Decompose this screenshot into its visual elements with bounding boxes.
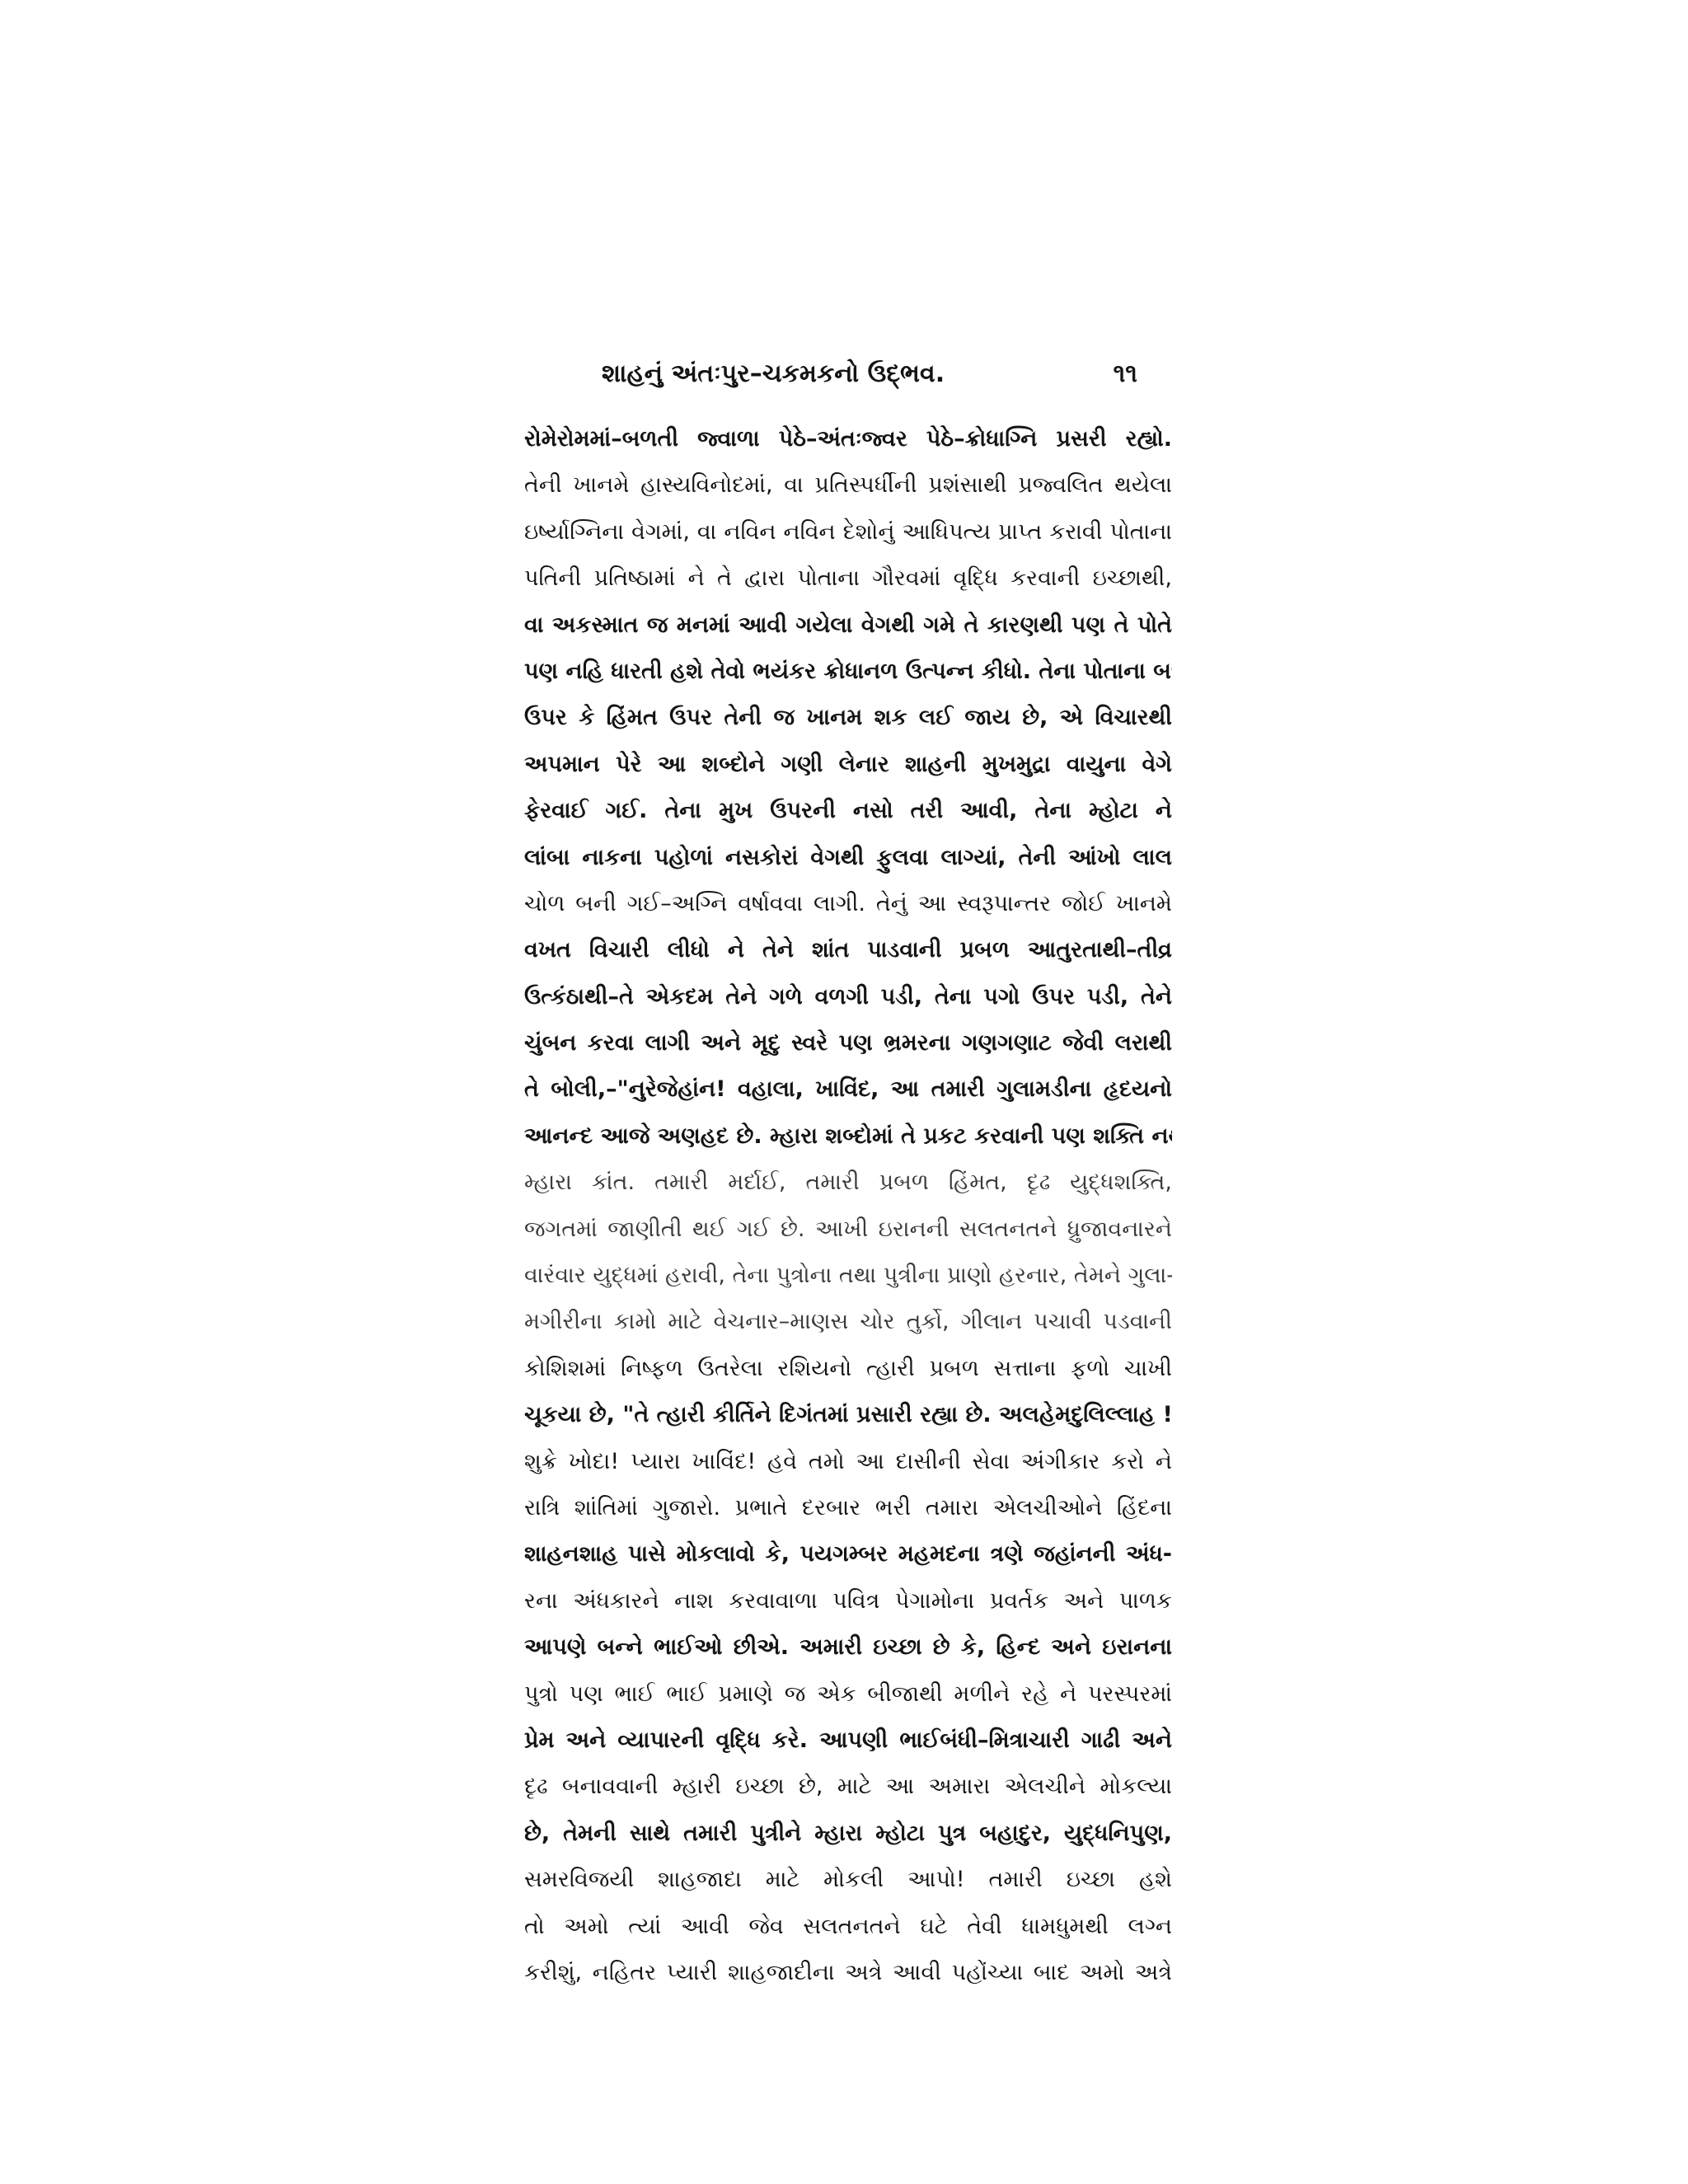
text-line: ચોળ બની ગઈ–અગ્નિ વર્ષાવવા લાગી. તેનું આ … [524, 881, 1172, 927]
text-line: તેની ખાનમે હાસ્યવિનોદમાં, વા પ્રતિસ્પર્ધ… [524, 462, 1172, 509]
running-header: શાહનું અંતઃપુર–ચકમકનો ઉદ્ભવ. ૧૧ [527, 354, 1137, 394]
text-line: રાત્રિ શાંતિમાં ગુજારો. પ્રભાતે દરબાર ભર… [524, 1485, 1172, 1531]
text-line: આનન્દ આજે અણહદ છે. મ્હારા શબ્દોમાં તે પ્… [524, 1113, 1172, 1160]
text-line: તે બોલી,–"નુરેજેહાંન! વહાલા, ખાવિંદ, આ ત… [524, 1066, 1172, 1113]
text-line: ચૂકયા છે, "તે ત્હારી કીર્તિને દિગંતમાં પ… [524, 1392, 1172, 1438]
text-line: જગતમાં જાણીતી થઈ ગઈ છે. આખી ઇરાનની સલતનત… [524, 1207, 1172, 1253]
text-line: મ્હારા કાંત. તમારી મર્દાઈ, તમારી પ્રબળ હ… [524, 1160, 1172, 1206]
text-line: ચુંબન કરવા લાગી અને મૃદુ સ્વરે પણ ભ્રમરન… [524, 1020, 1172, 1066]
text-line: પ્રેમ અને વ્યાપારની વૃદ્ધિ કરે. આપણી ભાઈ… [524, 1718, 1172, 1764]
text-line: વારંવાર યુદ્ધમાં હરાવી, તેના પુત્રોના તથ… [524, 1253, 1172, 1299]
text-line: લાંબા નાકના પહોળાં નસકોરાં વેગથી ફુલવા લ… [524, 835, 1172, 881]
text-line: કોશિશમાં નિષ્ફળ ઉતરેલા રશિયનો ત્હારી પ્ર… [524, 1346, 1172, 1392]
text-line: અપમાન પેરે આ શબ્દોને ગણી લેનાર શાહની મુખ… [524, 742, 1172, 788]
text-line: તો અમો ત્યાં આવી જેવ સલતનતને ઘટે તેવી ધા… [524, 1904, 1172, 1950]
body-paragraph: રોમેરોમમાં–બળતી જ્વાળા પેઠે–અંતઃજ્વર પેઠ… [524, 416, 1172, 1996]
text-line: દૃઢ બનાવવાની મ્હારી ઇચ્છા છે, માટે આ અમા… [524, 1764, 1172, 1810]
text-line: છે, તેમની સાથે તમારી પુત્રીને મ્હારા મ્હ… [524, 1811, 1172, 1857]
page-number: ૧૧ [1114, 354, 1137, 394]
chapter-running-title: શાહનું અંતઃપુર–ચકમકનો ઉદ્ભવ. [602, 354, 945, 394]
text-line: ઉપર કે હિંમત ઉપર તેની જ ખાનમ શક લઈ જાય છ… [524, 695, 1172, 741]
text-line: ઇર્ષ્યાગ્નિના વેગમાં, વા નવિન નવિન દેશોન… [524, 509, 1172, 555]
text-line: પતિની પ્રતિષ્ઠામાં ને તે દ્વારા પોતાના ગ… [524, 555, 1172, 602]
text-line: રોમેરોમમાં–બળતી જ્વાળા પેઠે–અંતઃજ્વર પેઠ… [524, 416, 1172, 462]
text-line: રના અંધકારને નાશ કરવાવાળા પવિત્ર પેગામોન… [524, 1578, 1172, 1624]
text-line: શાહનશાહ પાસે મોકલાવો કે, પયગમ્બર મહમદના … [524, 1531, 1172, 1577]
text-line: પણ નહિ ધારતી હશે તેવો ભયંકર ક્રોધાનળ ઉત્… [524, 649, 1172, 695]
text-line: વા અકસ્માત જ મનમાં આવી ગયેલા વેગથી ગમે ત… [524, 602, 1172, 649]
text-line: આપણે બન્ને ભાઈઓ છીએ. અમારી ઇચ્છા છે કે, … [524, 1624, 1172, 1671]
text-line: સમરવિજયી શાહજાદા માટે મોકલી આપો! તમારી ઇ… [524, 1857, 1172, 1903]
text-line: પુત્રો પણ ભાઈ ભાઈ પ્રમાણે જ એક બીજાથી મળ… [524, 1671, 1172, 1718]
text-line: ઉત્કંઠાથી–તે એકદમ તેને ગળે વળગી પડી, તેન… [524, 974, 1172, 1020]
scanned-book-page: શાહનું અંતઃપુર–ચકમકનો ઉદ્ભવ. ૧૧ રોમેરોમમ… [0, 0, 1688, 2184]
text-line: શુક્રે ખોદા! પ્યારા ખાવિંદ! હવે તમો આ દા… [524, 1439, 1172, 1485]
text-line: ફેરવાઈ ગઈ. તેના મુખ ઉપરની નસો તરી આવી, ત… [524, 788, 1172, 834]
text-line: કરીશું, નહિતર પ્યારી શાહજાદીના અત્રે આવી… [524, 1950, 1172, 1996]
text-line: વખત વિચારી લીધો ને તેને શાંત પાડવાની પ્ર… [524, 927, 1172, 973]
text-line: મગીરીના કામો માટે વેચનાર–માણસ ચોર તુર્કો… [524, 1299, 1172, 1345]
